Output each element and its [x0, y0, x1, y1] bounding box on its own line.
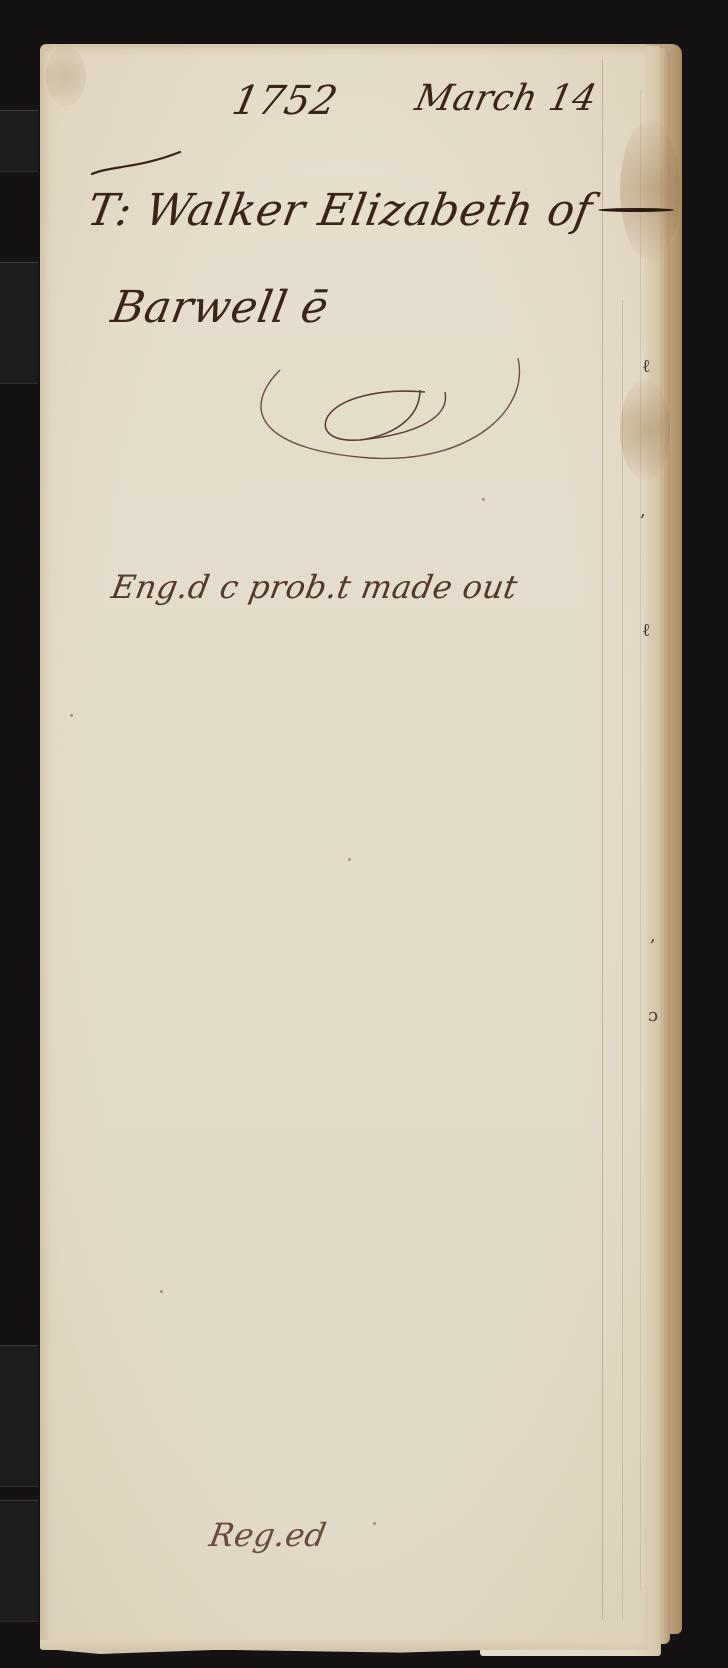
fold-line: [622, 300, 623, 1620]
probate-annotation: Eng.d c prob.t made out: [109, 568, 521, 606]
testator-name-line: T: Walker Elizabeth of: [84, 185, 679, 236]
registered-mark: Reg.ed: [207, 1516, 330, 1554]
edge-stain: [620, 380, 670, 480]
testator-place: Barwell ē: [108, 282, 333, 333]
paper-speck: [482, 498, 485, 501]
margin-mark: ɔ: [648, 1005, 658, 1026]
margin-mark: ℓ: [642, 356, 651, 377]
docket-year: 1752: [228, 78, 342, 124]
binder-tab: [0, 262, 38, 384]
margin-mark: ,: [650, 925, 656, 946]
paper-speck: [160, 1290, 163, 1293]
fold-line: [640, 90, 641, 1590]
paper-speck: [373, 1522, 376, 1525]
binder-tab: [0, 1345, 38, 1487]
testator-name: T: Walker Elizabeth of: [84, 185, 597, 236]
flourish-icon: [90, 148, 190, 178]
edge-stain: [46, 46, 86, 106]
dash-mark: [598, 208, 675, 212]
margin-mark: ℓ: [642, 620, 651, 641]
binder-tab: [0, 1500, 38, 1622]
paper-speck: [70, 714, 73, 717]
paper-speck: [348, 858, 351, 861]
docket-date: March 14: [412, 78, 601, 119]
binder-tab: [0, 110, 38, 172]
margin-mark: ,: [640, 500, 646, 521]
fold-line: [602, 60, 603, 1620]
paraph-flourish-icon: [250, 350, 530, 470]
